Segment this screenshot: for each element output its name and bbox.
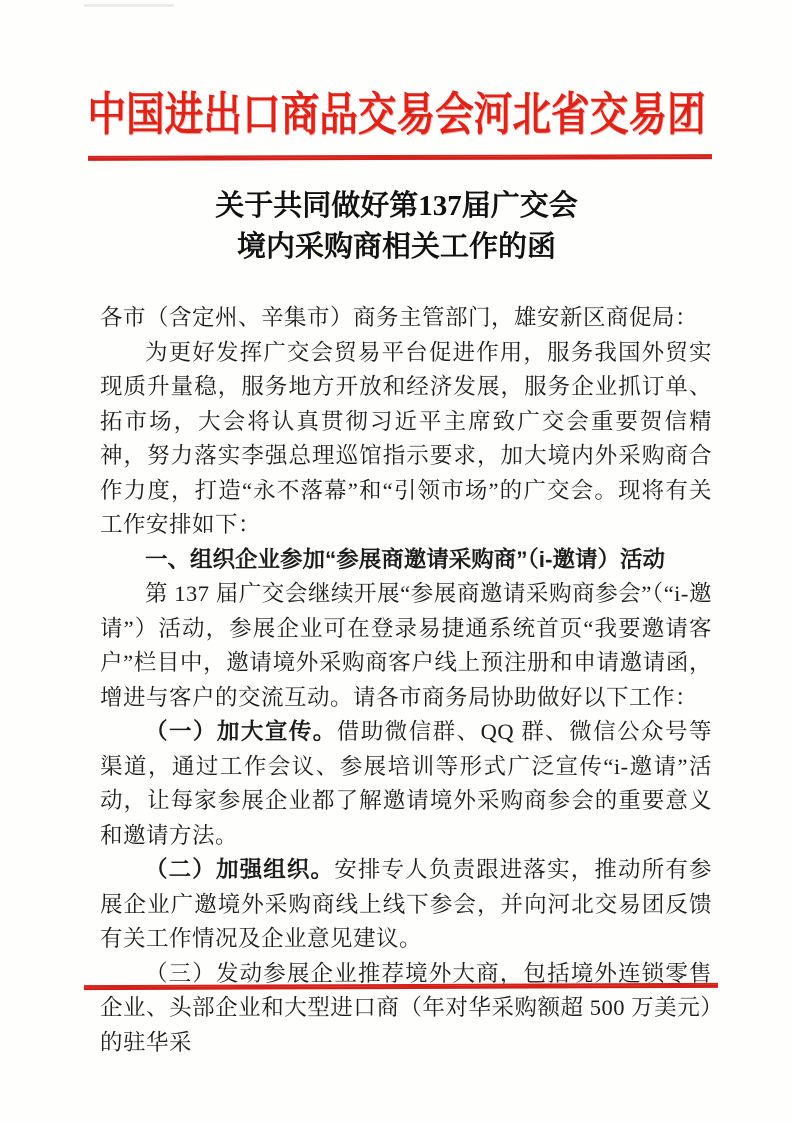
paragraph-overview: 为更好发挥广交会贸易平台促进作用，服务我国外贸实现质升量稳，服务地方开放和经济发… (100, 336, 712, 543)
scanned-letter-page: 中国进出口商品交易会河北省交易团 关于共同做好第137届广交会 境内采购商相关工… (0, 0, 793, 1122)
paragraph-item-3: （三）发动参展企业推荐境外大商，包括境外连锁零售企业、头部企业和大型进口商（年对… (100, 957, 712, 1061)
item-2-lead: （二）加强组织。 (145, 857, 334, 882)
letterhead-divider-rule (88, 154, 712, 161)
document-body: 各市（含定州、辛集市）商务主管部门，雄安新区商促局： 为更好发挥广交会贸易平台促… (100, 301, 712, 1060)
document-title: 关于共同做好第137届广交会 境内采购商相关工作的函 (0, 186, 793, 268)
section-heading-1: 一、组织企业参加“参展商邀请采购商”（i-邀请）活动 (100, 543, 712, 578)
document-title-line-1: 关于共同做好第137届广交会 (0, 186, 793, 227)
paragraph-item-1: （一）加大宣传。借助微信群、QQ 群、微信公众号等渠道，通过工作会议、参展培训等… (100, 715, 712, 853)
paragraph-i-invite-intro: 第 137 届广交会继续开展“参展商邀请采购商参会”（“i-邀请”）活动，参展企… (100, 577, 712, 715)
scan-artifact (84, 4, 174, 7)
document-title-line-2: 境内采购商相关工作的函 (0, 227, 793, 268)
item-1-lead: （一）加大宣传。 (145, 719, 337, 744)
salutation-line: 各市（含定州、辛集市）商务主管部门，雄安新区商促局： (100, 301, 712, 336)
letterhead-org-name: 中国进出口商品交易会河北省交易团 (63, 86, 729, 144)
paragraph-item-2: （二）加强组织。安排专人负责跟进落实，推动所有参展企业广邀境外采购商线上线下参会… (100, 853, 712, 957)
